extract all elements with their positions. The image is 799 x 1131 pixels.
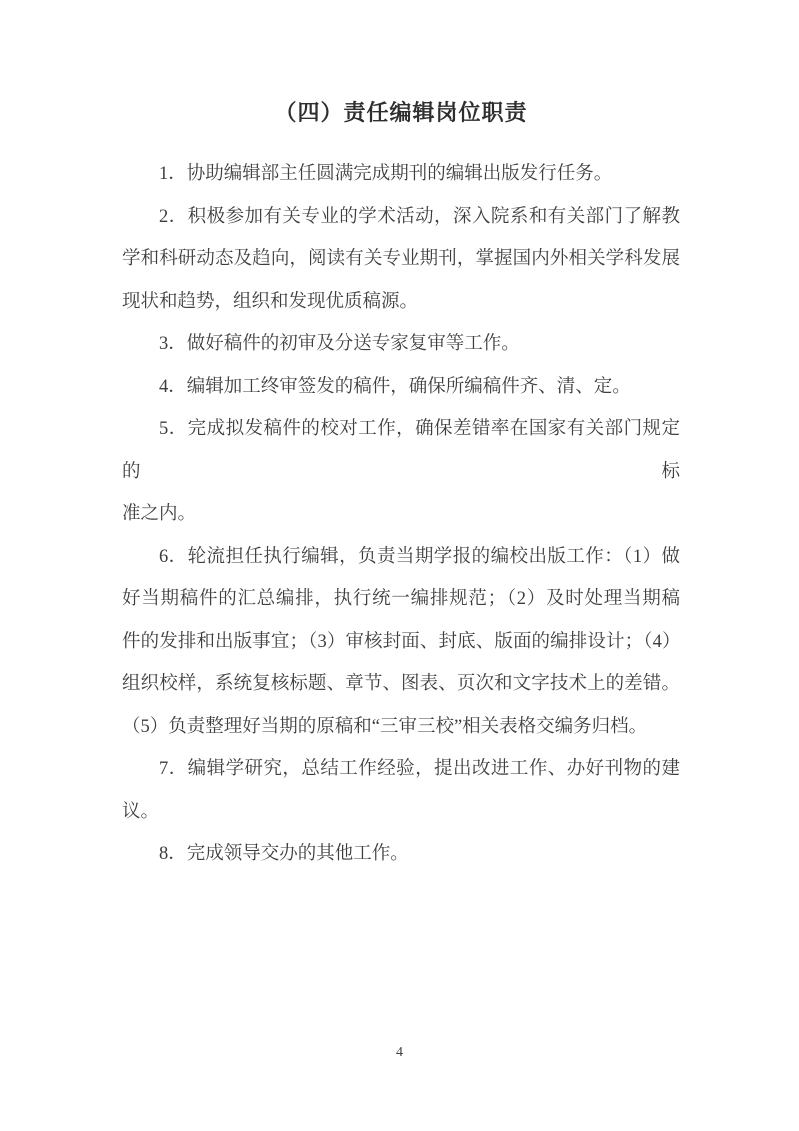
paragraph: 1．协助编辑部主任圆满完成期刊的编辑出版发行任务。	[122, 153, 680, 196]
text-line: 组织校样，系统复核标题、章节、图表、页次和文字技术上的差错。	[122, 663, 680, 706]
paragraph: 4．编辑加工终审签发的稿件，确保所编稿件齐、清、定。	[122, 366, 680, 409]
text-line: 好当期稿件的汇总编排，执行统一编排规范；（2）及时处理当期稿	[122, 578, 680, 621]
text-line: 7．编辑学研究，总结工作经验，提出改进工作、办好刊物的建	[122, 748, 680, 791]
text-line: 8．完成领导交办的其他工作。	[122, 833, 680, 876]
text-line: 1．协助编辑部主任圆满完成期刊的编辑出版发行任务。	[122, 153, 680, 196]
text-line: 现状和趋势，组织和发现优质稿源。	[122, 281, 680, 324]
paragraph: 2．积极参加有关专业的学术活动，深入院系和有关部门了解教学和科研动态及趋向，阅读…	[122, 196, 680, 324]
text-line: 2．积极参加有关专业的学术活动，深入院系和有关部门了解教	[122, 196, 680, 239]
text-line: 学和科研动态及趋向，阅读有关专业期刊，掌握国内外相关学科发展	[122, 238, 680, 281]
document-body: 1．协助编辑部主任圆满完成期刊的编辑出版发行任务。2．积极参加有关专业的学术活动…	[122, 153, 680, 876]
paragraph: 3．做好稿件的初审及分送专家复审等工作。	[122, 323, 680, 366]
document-content: （四）责任编辑岗位职责 1．协助编辑部主任圆满完成期刊的编辑出版发行任务。2．积…	[122, 0, 680, 876]
text-line: 5．完成拟发稿件的校对工作，确保差错率在国家有关部门规定的标	[122, 408, 680, 493]
text-line: 准之内。	[122, 493, 680, 536]
text-line: （5）负责整理好当期的原稿和“三审三校”相关表格交编务归档。	[122, 706, 680, 749]
text-line: 6．轮流担任执行编辑，负责当期学报的编校出版工作：（1）做	[122, 536, 680, 579]
text-line: 3．做好稿件的初审及分送专家复审等工作。	[122, 323, 680, 366]
text-line: 4．编辑加工终审签发的稿件，确保所编稿件齐、清、定。	[122, 366, 680, 409]
text-line: 议。	[122, 791, 680, 834]
paragraph: 6．轮流担任执行编辑，负责当期学报的编校出版工作：（1）做好当期稿件的汇总编排，…	[122, 536, 680, 749]
paragraph: 7．编辑学研究，总结工作经验，提出改进工作、办好刊物的建议。	[122, 748, 680, 833]
document-page: （四）责任编辑岗位职责 1．协助编辑部主任圆满完成期刊的编辑出版发行任务。2．积…	[0, 0, 799, 1131]
page-number: 4	[0, 1044, 799, 1062]
paragraph: 5．完成拟发稿件的校对工作，确保差错率在国家有关部门规定的标准之内。	[122, 408, 680, 536]
page-title: （四）责任编辑岗位职责	[122, 91, 680, 134]
text-line: 件的发排和出版事宜；（3）审核封面、封底、版面的编排设计；（4）	[122, 621, 680, 664]
paragraph: 8．完成领导交办的其他工作。	[122, 833, 680, 876]
